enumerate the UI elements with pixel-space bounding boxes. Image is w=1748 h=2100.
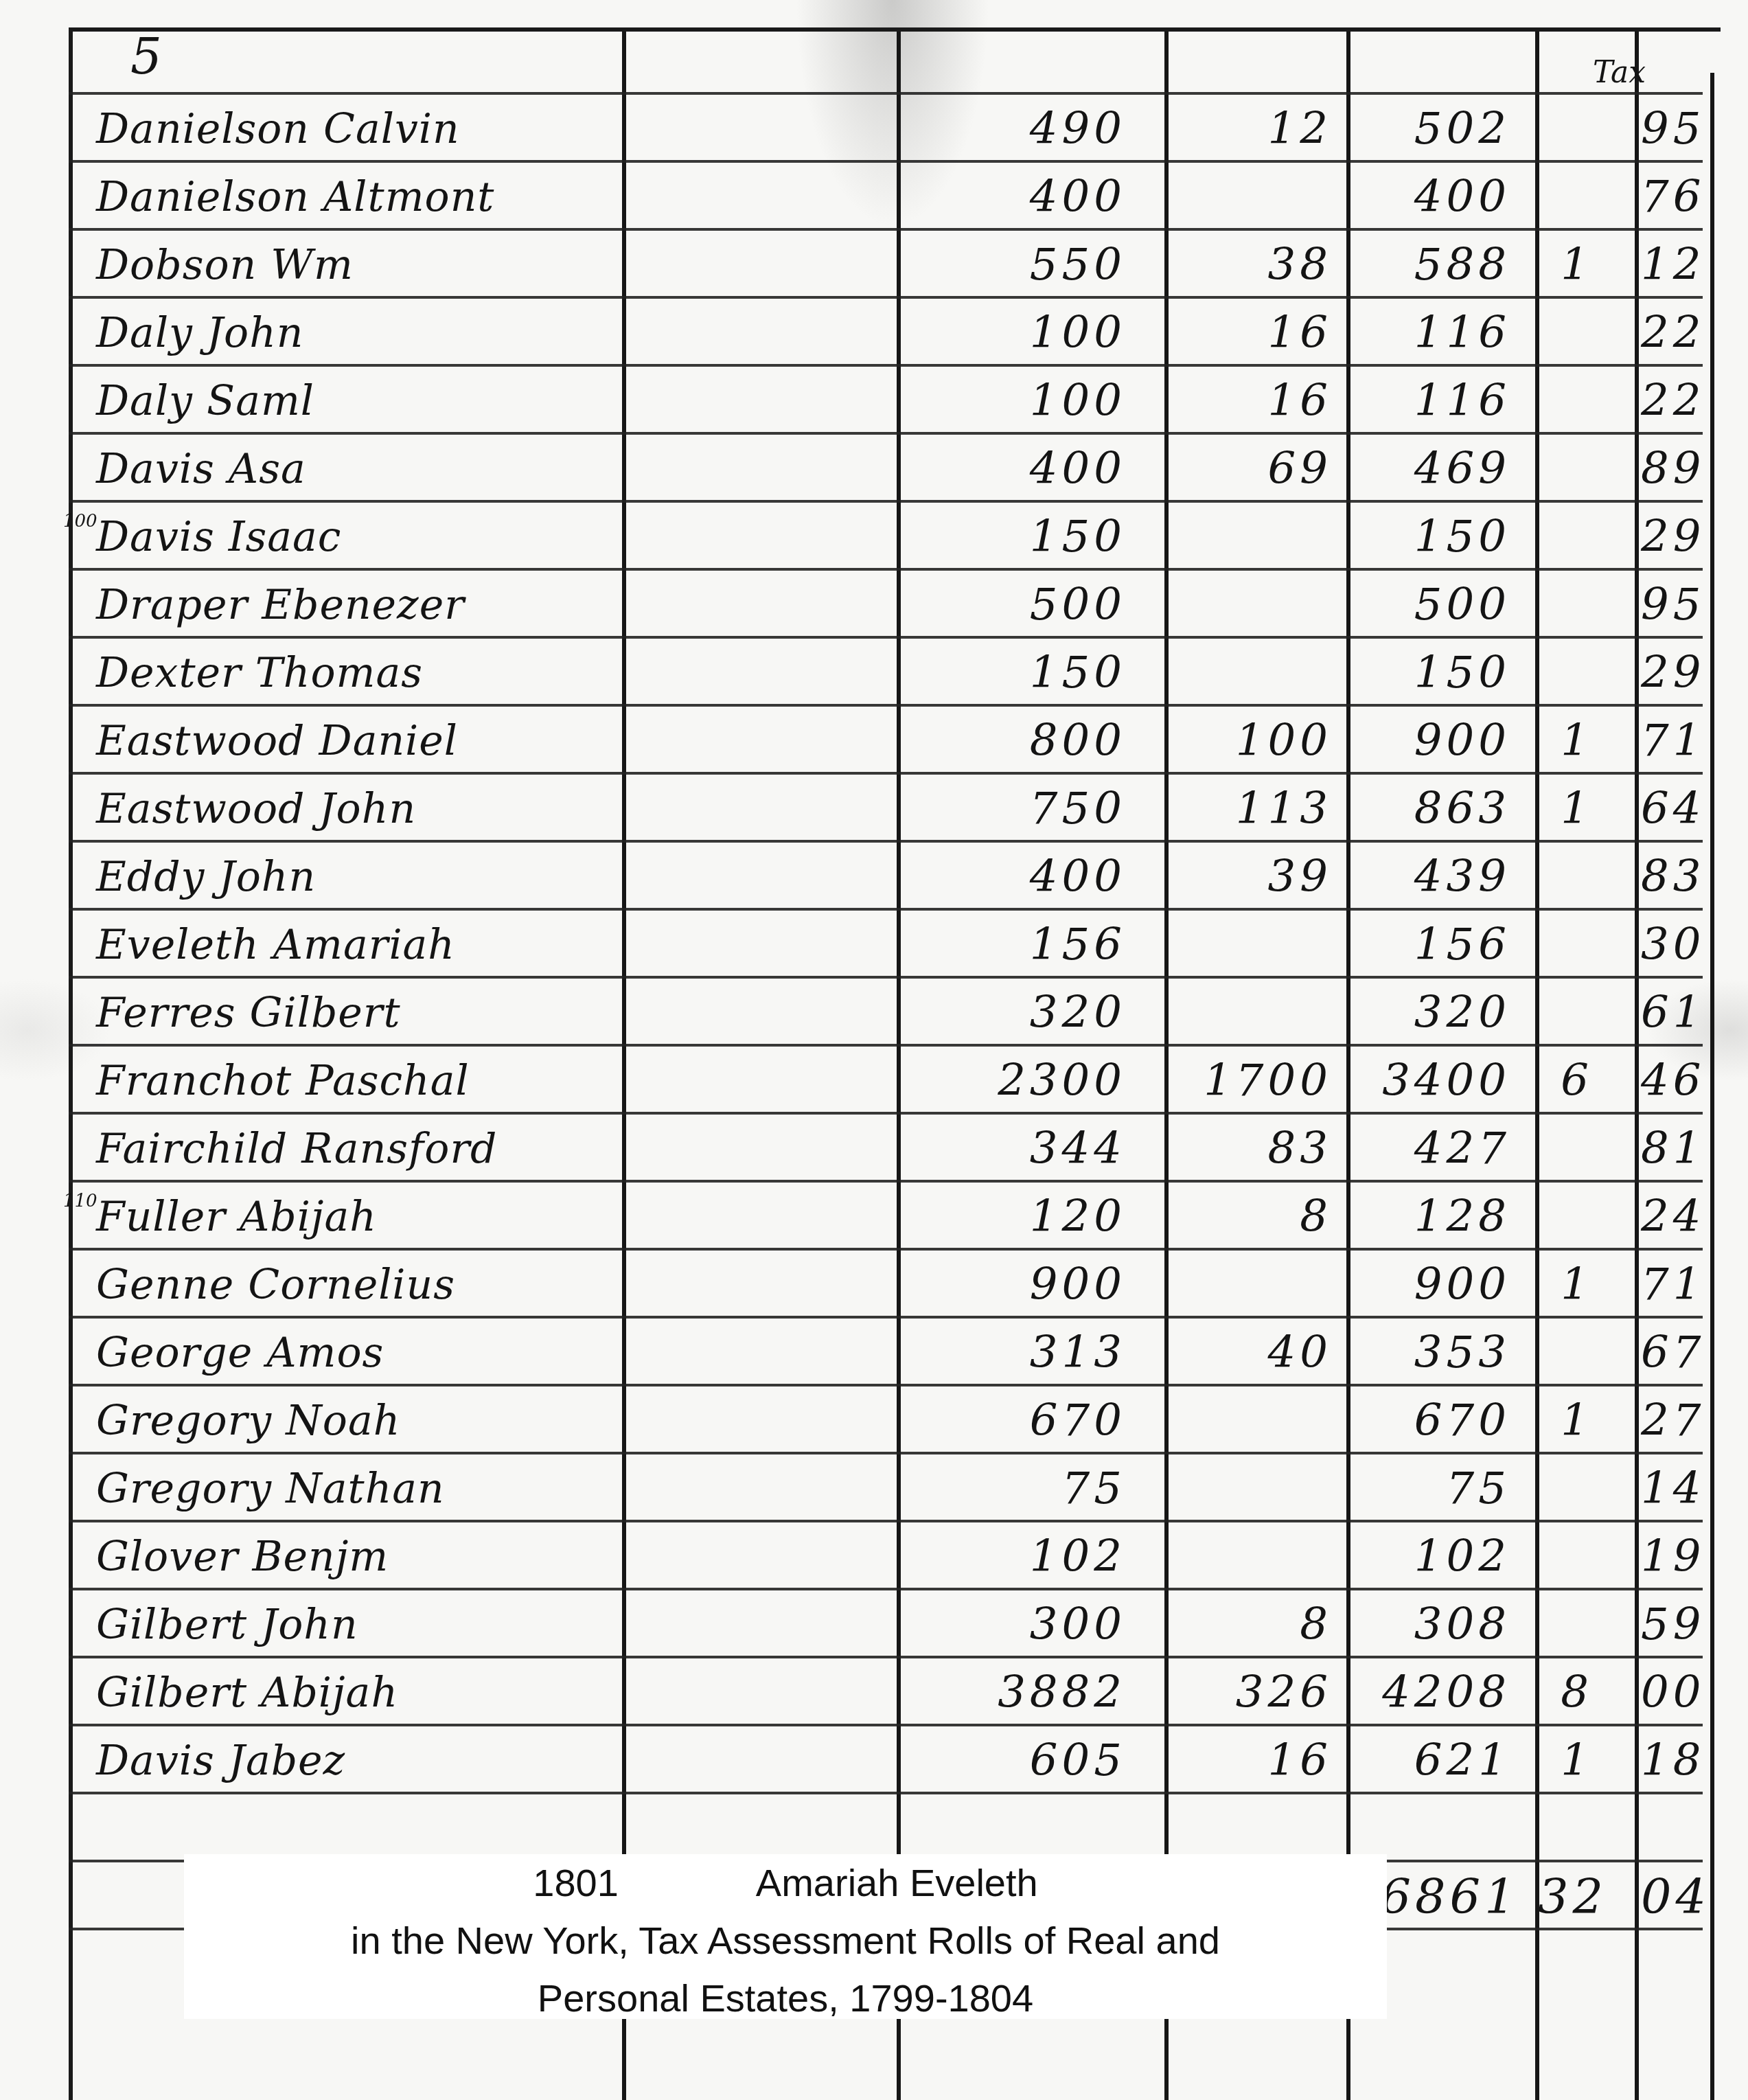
tax-cents: 76 bbox=[1641, 164, 1703, 230]
total-value: 588 bbox=[1346, 232, 1510, 298]
total-value: 469 bbox=[1346, 436, 1510, 502]
real-estate-value: 800 bbox=[893, 708, 1126, 774]
real-estate-value: 320 bbox=[893, 980, 1126, 1046]
row-note bbox=[63, 1320, 96, 1386]
tax-cents: 14 bbox=[1641, 1456, 1703, 1522]
taxpayer-name: Draper Ebenezer bbox=[96, 572, 632, 638]
row-note bbox=[63, 1456, 96, 1522]
tax-cents: 89 bbox=[1641, 436, 1703, 502]
tax-dollars bbox=[1538, 96, 1593, 162]
table-row: Gilbert John300830859 bbox=[0, 1592, 1748, 1658]
row-note bbox=[63, 1728, 96, 1794]
tax-cents: 12 bbox=[1641, 232, 1703, 298]
page-number: 5 bbox=[130, 27, 162, 85]
personal-estate-value bbox=[1167, 1456, 1332, 1522]
total-value: 621 bbox=[1346, 1728, 1510, 1794]
row-note bbox=[63, 164, 96, 230]
total-value: 863 bbox=[1346, 776, 1510, 842]
row-note bbox=[63, 572, 96, 638]
personal-estate-value bbox=[1167, 1388, 1332, 1454]
row-note bbox=[63, 980, 96, 1046]
tax-cents: 29 bbox=[1641, 640, 1703, 706]
table-row: Gregory Noah670670127 bbox=[0, 1388, 1748, 1454]
total-value: 150 bbox=[1346, 504, 1510, 570]
total-value: 502 bbox=[1346, 96, 1510, 162]
real-estate-value: 750 bbox=[893, 776, 1126, 842]
personal-estate-value: 16 bbox=[1167, 368, 1332, 434]
taxpayer-name: Davis Asa bbox=[96, 436, 632, 502]
row-note bbox=[63, 912, 96, 978]
tax-dollars bbox=[1538, 844, 1593, 910]
real-estate-value: 900 bbox=[893, 1252, 1126, 1318]
total-value: 400 bbox=[1346, 164, 1510, 230]
personal-estate-value bbox=[1167, 1524, 1332, 1590]
tax-dollars bbox=[1538, 640, 1593, 706]
tax-dollars bbox=[1538, 1116, 1593, 1182]
taxpayer-name: Davis Isaac bbox=[96, 504, 632, 570]
row-rule bbox=[69, 92, 1703, 95]
personal-estate-value bbox=[1167, 164, 1332, 230]
taxpayer-name: Genne Cornelius bbox=[96, 1252, 632, 1318]
personal-estate-value bbox=[1167, 640, 1332, 706]
tax-cents: 95 bbox=[1641, 572, 1703, 638]
total-value: 4208 bbox=[1346, 1660, 1510, 1726]
total-value: 116 bbox=[1346, 300, 1510, 366]
real-estate-value: 550 bbox=[893, 232, 1126, 298]
row-note bbox=[63, 640, 96, 706]
table-row: Genne Cornelius900900171 bbox=[0, 1252, 1748, 1318]
caption-source-line: in the New York, Tax Assessment Rolls of… bbox=[184, 1912, 1387, 1970]
table-row: Eddy John4003943983 bbox=[0, 844, 1748, 910]
tax-dollars: 8 bbox=[1538, 1660, 1593, 1726]
total-value: 3400 bbox=[1346, 1048, 1510, 1114]
row-note bbox=[63, 436, 96, 502]
total-value: 116 bbox=[1346, 368, 1510, 434]
taxpayer-name: Davis Jabez bbox=[96, 1728, 632, 1794]
tax-cents: 22 bbox=[1641, 368, 1703, 434]
taxpayer-name: Eveleth Amariah bbox=[96, 912, 632, 978]
personal-estate-value: 12 bbox=[1167, 96, 1332, 162]
taxpayer-name: Eastwood Daniel bbox=[96, 708, 632, 774]
real-estate-value: 120 bbox=[893, 1184, 1126, 1250]
tax-cents: 27 bbox=[1641, 1388, 1703, 1454]
tax-cents: 71 bbox=[1641, 1252, 1703, 1318]
table-row: Draper Ebenezer50050095 bbox=[0, 572, 1748, 638]
caption-year: 1801 bbox=[533, 1861, 619, 1904]
caption-person: Amariah Eveleth bbox=[756, 1861, 1038, 1904]
tax-dollars bbox=[1538, 1184, 1593, 1250]
total-value: 150 bbox=[1346, 640, 1510, 706]
taxpayer-name: Eastwood John bbox=[96, 776, 632, 842]
total-value: 900 bbox=[1346, 708, 1510, 774]
personal-estate-value: 16 bbox=[1167, 300, 1332, 366]
taxpayer-name: Glover Benjm bbox=[96, 1524, 632, 1590]
table-row: Franchot Paschal230017003400646 bbox=[0, 1048, 1748, 1114]
tax-cents: 19 bbox=[1641, 1524, 1703, 1590]
real-estate-value: 344 bbox=[893, 1116, 1126, 1182]
taxpayer-name: Gregory Nathan bbox=[96, 1456, 632, 1522]
total-value: 320 bbox=[1346, 980, 1510, 1046]
row-note bbox=[63, 1048, 96, 1114]
taxpayer-name: Fairchild Ransford bbox=[96, 1116, 632, 1182]
table-row: 100Davis Isaac15015029 bbox=[0, 504, 1748, 570]
tax-dollars: 1 bbox=[1538, 1388, 1593, 1454]
row-note bbox=[63, 844, 96, 910]
tax-dollars bbox=[1538, 1456, 1593, 1522]
real-estate-value: 2300 bbox=[893, 1048, 1126, 1114]
personal-estate-value: 16 bbox=[1167, 1728, 1332, 1794]
row-note: 100 bbox=[63, 504, 96, 570]
personal-estate-value: 8 bbox=[1167, 1592, 1332, 1658]
taxpayer-name: Fuller Abijah bbox=[96, 1184, 632, 1250]
tax-cents: 29 bbox=[1641, 504, 1703, 570]
row-note bbox=[63, 232, 96, 298]
row-note bbox=[63, 1524, 96, 1590]
tax-dollars: 1 bbox=[1538, 708, 1593, 774]
tax-dollars: 1 bbox=[1538, 232, 1593, 298]
personal-estate-value: 113 bbox=[1167, 776, 1332, 842]
personal-estate-value: 40 bbox=[1167, 1320, 1332, 1386]
total-value: 427 bbox=[1346, 1116, 1510, 1182]
table-row: Daly Saml1001611622 bbox=[0, 368, 1748, 434]
total-value: 102 bbox=[1346, 1524, 1510, 1590]
tax-cents: 59 bbox=[1641, 1592, 1703, 1658]
row-note bbox=[63, 1252, 96, 1318]
tax-dollars: 1 bbox=[1538, 1252, 1593, 1318]
taxpayer-name: George Amos bbox=[96, 1320, 632, 1386]
tax-dollars bbox=[1538, 164, 1593, 230]
caption-title: 1801Amariah Eveleth bbox=[184, 1854, 1387, 1912]
real-estate-value: 605 bbox=[893, 1728, 1126, 1794]
tax-dollars bbox=[1538, 980, 1593, 1046]
table-row: Gregory Nathan757514 bbox=[0, 1456, 1748, 1522]
real-estate-value: 400 bbox=[893, 844, 1126, 910]
tax-dollars bbox=[1538, 572, 1593, 638]
tax-dollars bbox=[1538, 368, 1593, 434]
tax-cents: 61 bbox=[1641, 980, 1703, 1046]
tax-dollars: 6 bbox=[1538, 1048, 1593, 1114]
total-value: 670 bbox=[1346, 1388, 1510, 1454]
tax-cents: 46 bbox=[1641, 1048, 1703, 1114]
personal-estate-value: 326 bbox=[1167, 1660, 1332, 1726]
tax-column-header: Tax bbox=[1593, 55, 1646, 90]
table-row: Dexter Thomas15015029 bbox=[0, 640, 1748, 706]
personal-estate-value: 1700 bbox=[1167, 1048, 1332, 1114]
table-row: Danielson Altmont40040076 bbox=[0, 164, 1748, 230]
row-note bbox=[63, 1116, 96, 1182]
tax-dollars bbox=[1538, 1320, 1593, 1386]
table-row: Eastwood Daniel800100900171 bbox=[0, 708, 1748, 774]
row-note bbox=[63, 1660, 96, 1726]
tax-cents: 67 bbox=[1641, 1320, 1703, 1386]
row-note bbox=[63, 96, 96, 162]
total-value: 900 bbox=[1346, 1252, 1510, 1318]
taxpayer-name: Daly John bbox=[96, 300, 632, 366]
total-value: 353 bbox=[1346, 1320, 1510, 1386]
personal-estate-value bbox=[1167, 980, 1332, 1046]
table-row: Danielson Calvin4901250295 bbox=[0, 96, 1748, 162]
table-row: Dobson Wm55038588112 bbox=[0, 232, 1748, 298]
real-estate-value: 3882 bbox=[893, 1660, 1126, 1726]
personal-estate-value bbox=[1167, 572, 1332, 638]
total-value: 128 bbox=[1346, 1184, 1510, 1250]
caption-source-line: Personal Estates, 1799-1804 bbox=[184, 1970, 1387, 2027]
table-row: Gilbert Abijah38823264208800 bbox=[0, 1660, 1748, 1726]
taxpayer-name: Gilbert John bbox=[96, 1592, 632, 1658]
real-estate-value: 490 bbox=[893, 96, 1126, 162]
personal-estate-value: 38 bbox=[1167, 232, 1332, 298]
tax-dollars: 1 bbox=[1538, 776, 1593, 842]
real-estate-value: 150 bbox=[893, 504, 1126, 570]
taxpayer-name: Gregory Noah bbox=[96, 1388, 632, 1454]
tax-dollars bbox=[1538, 1592, 1593, 1658]
personal-estate-value bbox=[1167, 912, 1332, 978]
personal-estate-value: 83 bbox=[1167, 1116, 1332, 1182]
row-note bbox=[63, 368, 96, 434]
row-note: 110 bbox=[63, 1184, 96, 1250]
table-row: George Amos3134035367 bbox=[0, 1320, 1748, 1386]
personal-estate-value: 39 bbox=[1167, 844, 1332, 910]
tax-dollars: 1 bbox=[1538, 1728, 1593, 1794]
personal-estate-value: 8 bbox=[1167, 1184, 1332, 1250]
taxpayer-name: Danielson Calvin bbox=[96, 96, 632, 162]
row-note bbox=[63, 708, 96, 774]
tax-dollars bbox=[1538, 436, 1593, 502]
real-estate-value: 500 bbox=[893, 572, 1126, 638]
row-note bbox=[63, 776, 96, 842]
total-value: 156 bbox=[1346, 912, 1510, 978]
personal-estate-value: 100 bbox=[1167, 708, 1332, 774]
table-row: Davis Asa4006946989 bbox=[0, 436, 1748, 502]
tax-cents: 64 bbox=[1641, 776, 1703, 842]
tax-cents: 81 bbox=[1641, 1116, 1703, 1182]
row-note bbox=[63, 1388, 96, 1454]
caption-box: 1801Amariah Eveleth in the New York, Tax… bbox=[184, 1854, 1387, 2019]
tax-dollars bbox=[1538, 1524, 1593, 1590]
table-row: Ferres Gilbert32032061 bbox=[0, 980, 1748, 1046]
total-value: 308 bbox=[1346, 1592, 1510, 1658]
real-estate-value: 400 bbox=[893, 436, 1126, 502]
taxpayer-name: Franchot Paschal bbox=[96, 1048, 632, 1114]
real-estate-value: 100 bbox=[893, 368, 1126, 434]
personal-estate-value: 69 bbox=[1167, 436, 1332, 502]
total-value: 75 bbox=[1346, 1456, 1510, 1522]
taxpayer-name: Dexter Thomas bbox=[96, 640, 632, 706]
table-row: Daly John1001611622 bbox=[0, 300, 1748, 366]
real-estate-value: 400 bbox=[893, 164, 1126, 230]
real-estate-value: 150 bbox=[893, 640, 1126, 706]
total-tax-cents: 04 bbox=[1641, 1864, 1703, 1930]
table-row: 110Fuller Abijah120812824 bbox=[0, 1184, 1748, 1250]
real-estate-value: 156 bbox=[893, 912, 1126, 978]
table-row: Glover Benjm10210219 bbox=[0, 1524, 1748, 1590]
taxpayer-name: Danielson Altmont bbox=[96, 164, 632, 230]
tax-cents: 30 bbox=[1641, 912, 1703, 978]
tax-cents: 71 bbox=[1641, 708, 1703, 774]
taxpayer-name: Gilbert Abijah bbox=[96, 1660, 632, 1726]
table-row: Eastwood John750113863164 bbox=[0, 776, 1748, 842]
taxpayer-name: Ferres Gilbert bbox=[96, 980, 632, 1046]
real-estate-value: 300 bbox=[893, 1592, 1126, 1658]
real-estate-value: 100 bbox=[893, 300, 1126, 366]
table-row: Fairchild Ransford3448342781 bbox=[0, 1116, 1748, 1182]
real-estate-value: 670 bbox=[893, 1388, 1126, 1454]
table-row: Eveleth Amariah15615630 bbox=[0, 912, 1748, 978]
tax-dollars bbox=[1538, 300, 1593, 366]
tax-cents: 83 bbox=[1641, 844, 1703, 910]
total-value: 439 bbox=[1346, 844, 1510, 910]
total-tax-dollars: 32 bbox=[1538, 1864, 1593, 1930]
row-note bbox=[63, 1592, 96, 1658]
tax-cents: 00 bbox=[1641, 1660, 1703, 1726]
personal-estate-value bbox=[1167, 504, 1332, 570]
real-estate-value: 75 bbox=[893, 1456, 1126, 1522]
personal-estate-value bbox=[1167, 1252, 1332, 1318]
taxpayer-name: Eddy John bbox=[96, 844, 632, 910]
tax-dollars bbox=[1538, 504, 1593, 570]
row-note bbox=[63, 300, 96, 366]
real-estate-value: 102 bbox=[893, 1524, 1126, 1590]
taxpayer-name: Dobson Wm bbox=[96, 232, 632, 298]
total-value: 500 bbox=[1346, 572, 1510, 638]
tax-cents: 18 bbox=[1641, 1728, 1703, 1794]
table-row: Davis Jabez60516621118 bbox=[0, 1728, 1748, 1794]
real-estate-value: 313 bbox=[893, 1320, 1126, 1386]
tax-dollars bbox=[1538, 912, 1593, 978]
tax-cents: 22 bbox=[1641, 300, 1703, 366]
taxpayer-name: Daly Saml bbox=[96, 368, 632, 434]
tax-cents: 95 bbox=[1641, 96, 1703, 162]
tax-cents: 24 bbox=[1641, 1184, 1703, 1250]
